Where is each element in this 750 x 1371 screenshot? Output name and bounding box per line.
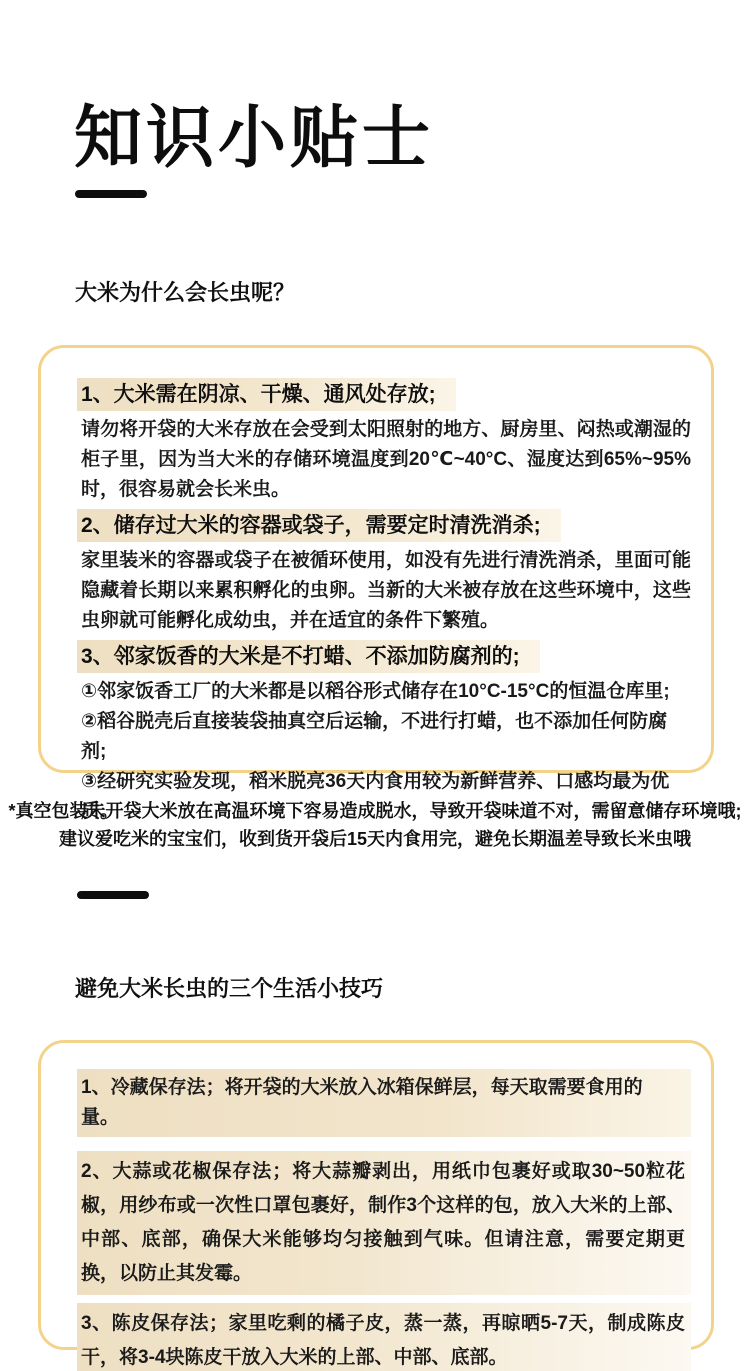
rice-bug-causes-box: 1、大米需在阴凉、干燥、通风处存放; 请勿将开袋的大米存放在会受到太阳照射的地方… — [38, 345, 714, 773]
tip-3-tangerine-peel: 3、陈皮保存法；家里吃剩的橘子皮，蒸一蒸，再晾晒5-7天，制成陈皮干，将3-4块… — [77, 1303, 691, 1371]
cause-3-heading: 3、邻家饭香的大米是不打蜡、不添加防腐剂的; — [77, 640, 540, 673]
cause-item: 2、储存过大米的容器或袋子，需要定时清洗消杀; 家里装米的容器或袋子在被循环使用… — [81, 509, 691, 636]
cause-item: 1、大米需在阴凉、干燥、通风处存放; 请勿将开袋的大米存放在会受到太阳照射的地方… — [81, 378, 691, 505]
cause-2-heading: 2、储存过大米的容器或袋子，需要定时清洗消杀; — [77, 509, 561, 542]
footnote-line-2: 建议爱吃米的宝宝们，收到货开袋后15天内食用完，避免长期温差导致长米虫哦 — [0, 825, 750, 853]
question-heading: 大米为什么会长虫呢？ — [75, 276, 295, 307]
footnote-line-1: *真空包装未开袋大米放在高温环境下容易造成脱水，导致开袋味道不对，需留意储存环境… — [0, 797, 750, 825]
title-divider-dash — [75, 190, 147, 198]
cause-1-heading: 1、大米需在阴凉、干燥、通风处存放; — [77, 378, 456, 411]
page-title: 知识小贴士 — [74, 98, 434, 180]
storage-footnote: *真空包装未开袋大米放在高温环境下容易造成脱水，导致开袋味道不对，需留意储存环境… — [0, 797, 750, 853]
tips-section-heading: 避免大米长虫的三个生活小技巧 — [75, 972, 383, 1003]
anti-bug-tips-box: 1、冷藏保存法；将开袋的大米放入冰箱保鲜层，每天取需要食用的量。 2、大蒜或花椒… — [38, 1040, 714, 1350]
tip-1-refrigerate: 1、冷藏保存法；将开袋的大米放入冰箱保鲜层，每天取需要食用的量。 — [77, 1069, 691, 1137]
tip-item: 1、冷藏保存法；将开袋的大米放入冰箱保鲜层，每天取需要食用的量。 — [81, 1069, 691, 1151]
cause-1-body: 请勿将开袋的大米存放在会受到太阳照射的地方、厨房里、闷热或潮湿的柜子里，因为当大… — [81, 415, 691, 505]
cause-3-line-1: ①邻家饭香工厂的大米都是以稻谷形式储存在10°C-15°C的恒温仓库里; — [81, 677, 691, 707]
cause-2-body: 家里装米的容器或袋子在被循环使用，如没有先进行清洗消杀，里面可能隐藏着长期以来累… — [81, 546, 691, 636]
cause-3-line-2: ②稻谷脱壳后直接装袋抽真空后运输，不进行打蜡，也不添加任何防腐剂; — [81, 707, 691, 767]
section-divider-dash — [77, 891, 149, 899]
tip-2-garlic-pepper: 2、大蒜或花椒保存法；将大蒜瓣剥出，用纸巾包裹好或取30~50粒花椒，用纱布或一… — [77, 1151, 691, 1295]
